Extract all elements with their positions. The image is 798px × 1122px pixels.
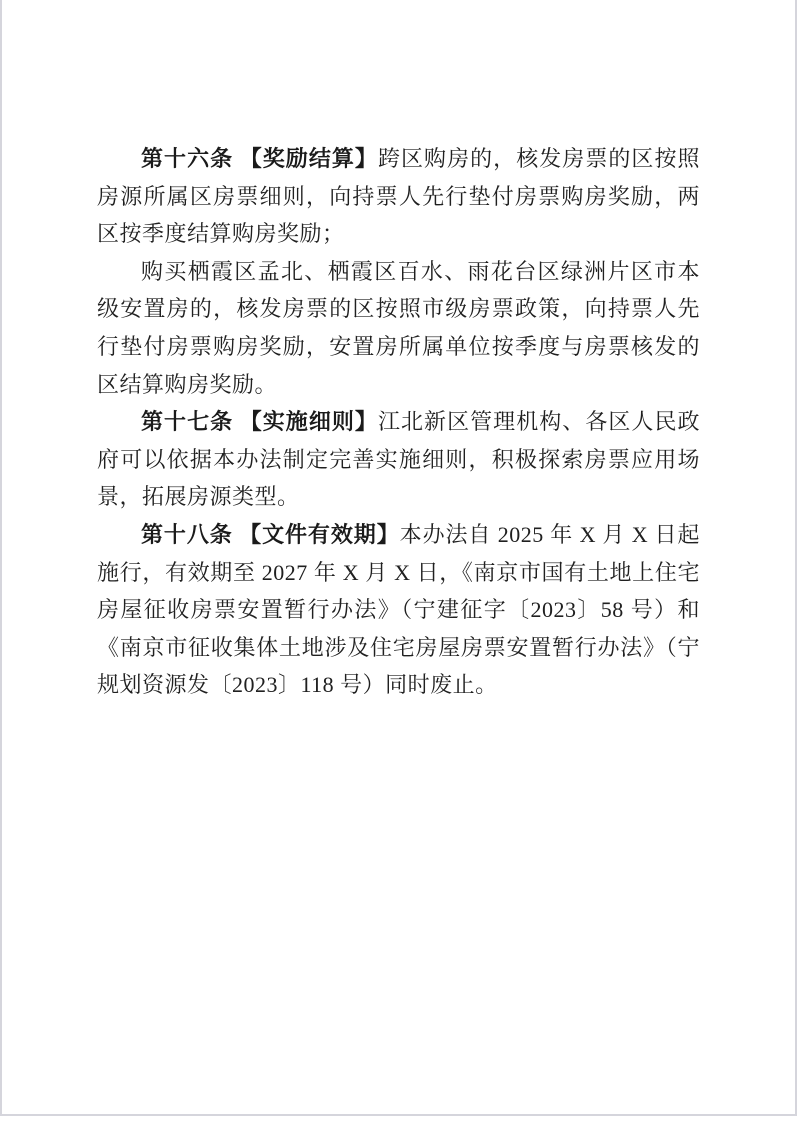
paragraph-article-18: 第十八条 【文件有效期】本办法自 2025 年 X 月 X 日起施行，有效期至 … — [97, 516, 700, 704]
document-page: 第十六条 【奖励结算】跨区购房的，核发房票的区按照房源所属区房票细则，向持票人先… — [0, 0, 797, 1116]
article-18-text: 本办法自 2025 年 X 月 X 日起施行，有效期至 2027 年 X 月 X… — [97, 522, 700, 697]
paragraph-article-16: 第十六条 【奖励结算】跨区购房的，核发房票的区按照房源所属区房票细则，向持票人先… — [97, 140, 700, 253]
document-viewer: 第十六条 【奖励结算】跨区购房的，核发房票的区按照房源所属区房票细则，向持票人先… — [0, 0, 798, 1122]
paragraph-2-text: 购买栖霞区孟北、栖霞区百水、雨花台区绿洲片区市本级安置房的，核发房票的区按照市级… — [97, 259, 700, 397]
article-16-heading: 第十六条 【奖励结算】 — [141, 146, 378, 171]
paragraph-article-16-continued: 购买栖霞区孟北、栖霞区百水、雨花台区绿洲片区市本级安置房的，核发房票的区按照市级… — [97, 253, 700, 403]
article-17-heading: 第十七条 【实施细则】 — [141, 409, 378, 434]
document-content: 第十六条 【奖励结算】跨区购房的，核发房票的区按照房源所属区房票细则，向持票人先… — [2, 0, 795, 704]
paragraph-article-17: 第十七条 【实施细则】江北新区管理机构、各区人民政府可以依据本办法制定完善实施细… — [97, 403, 700, 516]
article-18-heading: 第十八条 【文件有效期】 — [141, 522, 400, 547]
